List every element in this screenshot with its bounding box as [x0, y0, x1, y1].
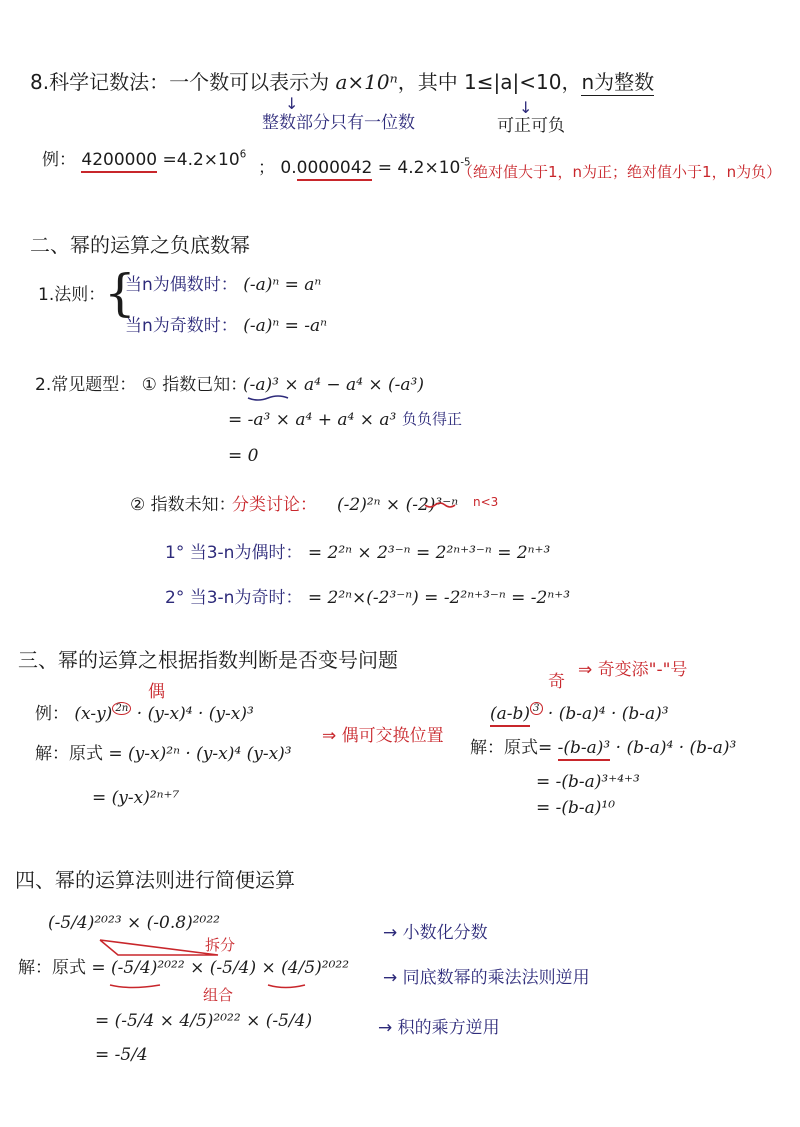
example2-number-a: 0.	[280, 158, 296, 178]
section8-example: 例： 4200000 =4.2×106	[42, 152, 246, 169]
case1-line2: = -a³ × a⁴ + a⁴ × a³	[228, 412, 396, 429]
section8-example2: ； 0.0000042 = 4.2×10-5	[258, 160, 471, 177]
section8-n-integer: n为整数	[581, 70, 654, 96]
sub1-row: 1° 当3-n为偶时： = 2²ⁿ × 2³⁻ⁿ = 2²ⁿ⁺³⁻ⁿ = 2ⁿ⁺…	[165, 545, 550, 562]
sub1-label: 1° 当3-n为偶时：	[165, 543, 302, 563]
rule-odd-expression: (-a)ⁿ = -aⁿ	[243, 316, 327, 336]
solution-line1: = (-5/4)²⁰²² × (-5/4) × (4/5)²⁰²²	[91, 958, 349, 978]
section3-solution: 解：原式 = (y-x)²ⁿ · (y-x)⁴ (y-x)³	[35, 746, 292, 763]
example2-exponent-circled: 3	[530, 702, 542, 715]
sub2-row: 2° 当3-n为奇时： = 2²ⁿ×(-2³⁻ⁿ) = -2²ⁿ⁺³⁻ⁿ = -…	[165, 590, 570, 607]
types-label: 2.常见题型：	[35, 375, 136, 395]
example2-separator: ；	[258, 158, 275, 178]
note-decimal-to-fraction: → 小数化分数	[383, 925, 488, 942]
example-label: 例：	[42, 150, 76, 170]
case1-row: 2.常见题型： ① 指数已知：	[35, 377, 247, 394]
even-swap-note: ⇒ 偶可交换位置	[322, 728, 444, 745]
example2-number-c: 42	[351, 158, 373, 181]
example1-result: =4.2×10	[163, 150, 240, 170]
sign-rule-note: （绝对值大于1，n为正；绝对值小于1，n为负）	[458, 165, 781, 180]
example-rest: · (y-x)⁴ · (y-x)³	[137, 704, 254, 724]
note-product-power-reverse: → 积的乘方逆用	[378, 1020, 500, 1037]
combine-note: 组合	[203, 988, 233, 1003]
case1-label: ① 指数已知：	[142, 375, 248, 395]
arrow-down-icon: ↓	[285, 96, 298, 112]
solution-line1: = (y-x)²ⁿ · (y-x)⁴ (y-x)³	[108, 744, 291, 764]
section4-title: 四、幂的运算法则进行简便运算	[15, 870, 295, 890]
solution-label: 解：原式	[35, 744, 103, 764]
example-exponent-circled: 2n	[112, 702, 131, 715]
solution2-label: 解：原式	[470, 738, 538, 758]
solution-line2: = (-5/4 × 4/5)²⁰²² × (-5/4)	[95, 1013, 312, 1030]
sub2-label: 2° 当3-n为奇时：	[165, 588, 302, 608]
split-note: 拆分	[205, 938, 235, 953]
case2-expression: (-2)²ⁿ × (-2)³⁻ⁿ	[337, 497, 458, 514]
rule-even-expression: (-a)ⁿ = aⁿ	[243, 275, 321, 295]
note-n-sign: 可正可负	[497, 118, 565, 135]
case2-condition: n<3	[473, 496, 498, 508]
solution2-line2: = -(b-a)³⁺⁴⁺³	[536, 774, 640, 791]
case1-note: 负负得正	[402, 412, 462, 427]
underline-icon	[110, 985, 160, 988]
case2-label: ② 指数未知：	[130, 497, 236, 514]
solution2-rest: · (b-a)⁴ · (b-a)³	[610, 738, 736, 758]
odd-mark: 奇	[548, 674, 565, 691]
section4-problem: (-5/4)²⁰²³ × (-0.8)²⁰²²	[48, 915, 220, 932]
example-base: (x-y)	[74, 704, 112, 724]
even-mark: 偶	[148, 684, 165, 701]
rule-odd: 当n为奇数时： (-a)ⁿ = -aⁿ	[125, 318, 327, 335]
solution-label: 解：原式	[18, 958, 86, 978]
section8-form: a×10ⁿ	[335, 70, 397, 94]
section8-condition: ，其中 1≤|a|<10，	[398, 70, 582, 94]
example2-rest: · (b-a)⁴ · (b-a)³	[548, 704, 669, 724]
section4-solution: 解：原式 = (-5/4)²⁰²² × (-5/4) × (4/5)²⁰²²	[18, 960, 349, 977]
sub2-expression: = 2²ⁿ×(-2³⁻ⁿ) = -2²ⁿ⁺³⁻ⁿ = -2ⁿ⁺³	[308, 588, 570, 608]
section3-solution2: 解：原式= -(b-a)³ · (b-a)⁴ · (b-a)³	[470, 740, 736, 757]
arrow-down-icon: ↓	[519, 100, 532, 116]
example1-exponent: 6	[240, 149, 246, 160]
section3-example: 例： (x-y)2n · (y-x)⁴ · (y-x)³	[35, 706, 254, 723]
section8-heading: 8.科学记数法：一个数可以表示为 a×10ⁿ，其中 1≤|a|<10，n为整数	[30, 72, 654, 92]
section3-example2: (a-b)3 · (b-a)⁴ · (b-a)³	[490, 706, 669, 723]
note-same-base-reverse: → 同底数幂的乘法法则逆用	[383, 970, 590, 987]
example-label: 例：	[35, 704, 69, 724]
solution-line2: = (y-x)²ⁿ⁺⁷	[92, 790, 179, 807]
section2-title: 二、幂的运算之负底数幂	[30, 235, 250, 255]
rule-even-condition: 当n为偶数时：	[125, 275, 238, 295]
example2-base: (a-b)	[490, 704, 530, 727]
solution-line3: = -5/4	[95, 1047, 148, 1064]
example2-number-b: 00000	[297, 158, 351, 181]
solution2-eq: =	[538, 738, 558, 758]
rule-even: 当n为偶数时： (-a)ⁿ = aⁿ	[125, 277, 321, 294]
example2-result: = 4.2×10	[378, 158, 461, 178]
odd-sign-note: ⇒ 奇变添"-"号	[578, 662, 687, 679]
case2-classify-note: 分类讨论：	[232, 497, 317, 514]
wavy-underline-icon	[248, 396, 288, 400]
rule-odd-condition: 当n为奇数时：	[125, 316, 238, 336]
solution2-highlight: -(b-a)³	[558, 738, 611, 761]
case1-line3: = 0	[228, 448, 258, 465]
example1-number: 4200000	[81, 150, 157, 173]
underline-icon	[268, 985, 305, 988]
rule-label: 1.法则：	[38, 287, 105, 304]
section3-title: 三、幂的运算之根据指数判断是否变号问题	[18, 650, 398, 670]
sub1-expression: = 2²ⁿ × 2³⁻ⁿ = 2²ⁿ⁺³⁻ⁿ = 2ⁿ⁺³	[308, 543, 550, 563]
solution2-line3: = -(b-a)¹⁰	[536, 800, 615, 817]
split-connector-icon	[100, 940, 218, 955]
section8-title: 8.科学记数法：一个数可以表示为	[30, 70, 329, 94]
note-integer-part: 整数部分只有一位数	[262, 115, 415, 132]
case1-line1: (-a)³ × a⁴ − a⁴ × (-a³)	[243, 377, 424, 394]
